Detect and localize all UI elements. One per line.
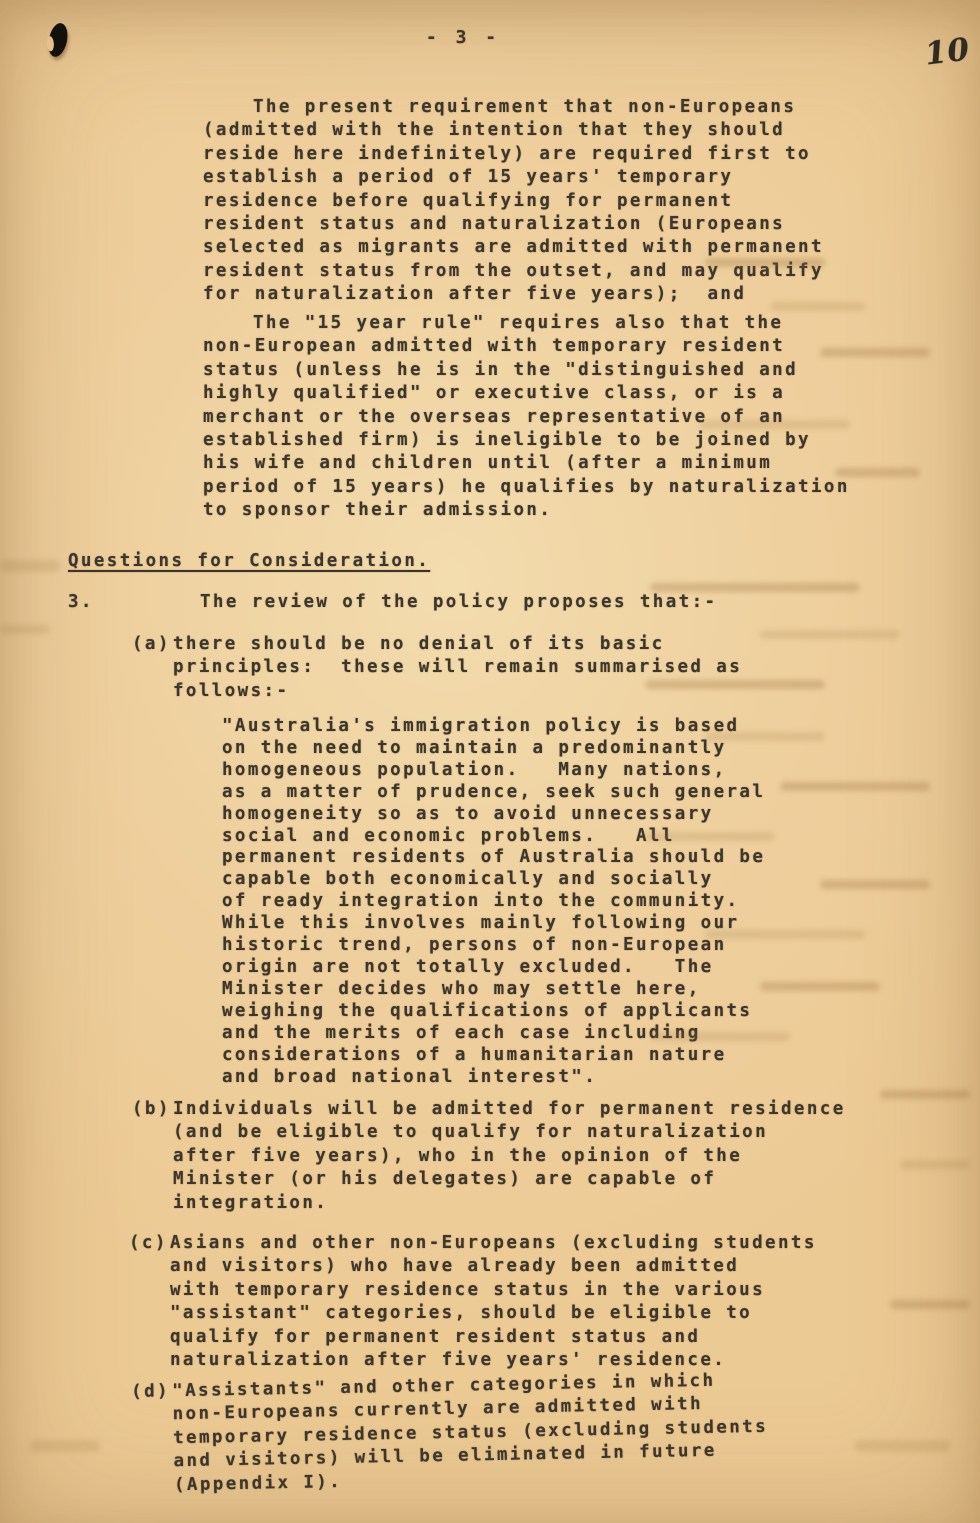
- list-item-d: (d) "Assistants" and other categories in…: [131, 1380, 185, 1474]
- bleed-through-smudge: [0, 625, 50, 634]
- page-number: - 3 -: [398, 26, 528, 49]
- bleed-through-smudge: [855, 1440, 950, 1452]
- list-item-a: (a) there should be no denial of its bas…: [132, 633, 184, 727]
- section-heading: Questions for Consideration.: [68, 550, 430, 573]
- bleed-through-smudge: [705, 732, 825, 741]
- list-item-d-text: "Assistants" and other categories in whi…: [172, 1369, 769, 1497]
- handwritten-folio-number: 10: [923, 31, 972, 72]
- bleed-through-smudge: [645, 832, 775, 841]
- clause-3-text: The review of the policy proposes that:-: [200, 591, 717, 614]
- ink-mark: [45, 21, 71, 58]
- list-item-c-label: (c): [129, 1232, 168, 1255]
- bleed-through-smudge: [705, 258, 825, 267]
- bleed-through-smudge: [705, 930, 865, 939]
- paragraph-15-year-rule: The "15 year rule" requires also that th…: [203, 312, 850, 523]
- bleed-through-smudge: [835, 468, 920, 477]
- list-item-b-text: Individuals will be admitted for permane…: [173, 1098, 846, 1215]
- list-item-b: (b) Individuals will be admitted for per…: [132, 1098, 184, 1190]
- bleed-through-smudge: [650, 583, 860, 592]
- clause-3-number: 3.: [68, 591, 94, 614]
- list-item-b-label: (b): [132, 1098, 171, 1121]
- bleed-through-smudge: [780, 782, 930, 791]
- bleed-through-smudge: [820, 348, 930, 357]
- bleed-through-smudge: [0, 560, 60, 572]
- bleed-through-smudge: [30, 1440, 100, 1452]
- bleed-through-smudge: [880, 1090, 970, 1099]
- list-item-d-label: (d): [131, 1380, 170, 1404]
- paragraph-present-requirement: The present requirement that non-Europea…: [203, 96, 824, 307]
- bleed-through-smudge: [700, 420, 850, 429]
- list-item-a-text: there should be no denial of its basic p…: [173, 633, 742, 703]
- bleed-through-smudge: [760, 630, 900, 639]
- bleed-through-smudge: [760, 982, 880, 991]
- bleed-through-smudge: [890, 1300, 970, 1309]
- bleed-through-smudge: [820, 880, 930, 889]
- scanned-document-page: - 3 - 10 The present requirement that no…: [0, 0, 980, 1523]
- bleed-through-smudge: [650, 1032, 790, 1041]
- bleed-through-smudge: [770, 302, 865, 311]
- list-item-c: (c) Asians and other non-Europeans (excl…: [129, 1232, 181, 1324]
- bleed-through-smudge: [900, 1160, 970, 1169]
- list-item-a-label: (a): [132, 633, 171, 656]
- list-item-c-text: Asians and other non-Europeans (excludin…: [170, 1232, 817, 1372]
- bleed-through-smudge: [645, 680, 825, 689]
